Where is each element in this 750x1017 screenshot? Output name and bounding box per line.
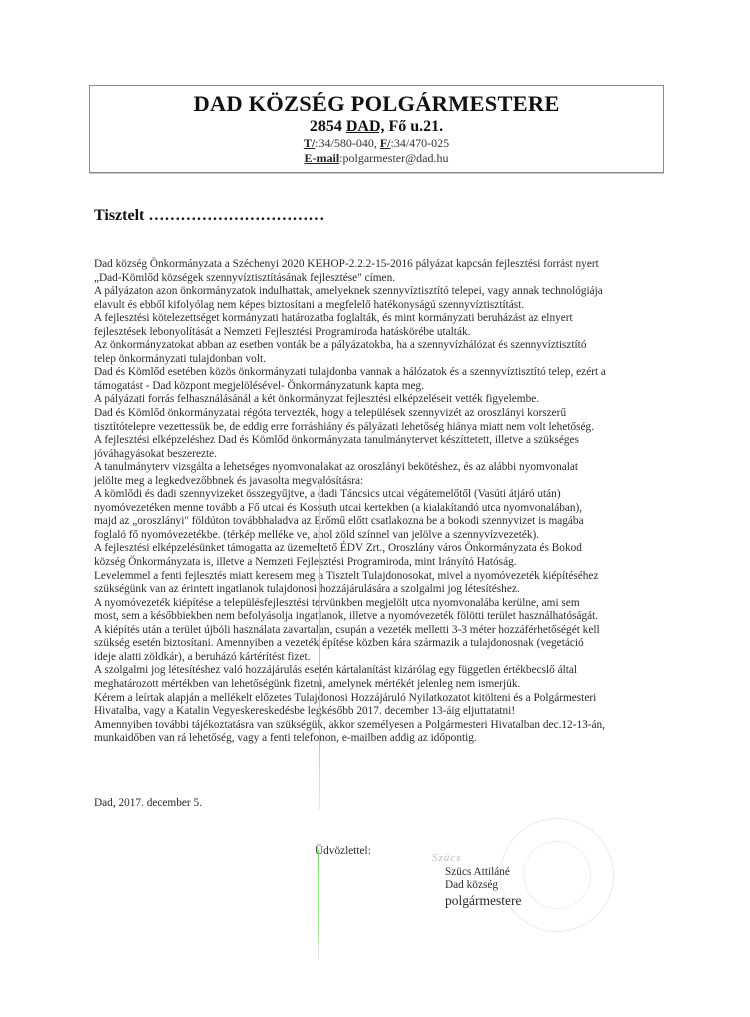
body-line: Kérem a leírtak alapján a mellékelt előz… [94,692,674,706]
handwritten-signature: Szücs [432,852,461,864]
body-line: foglaló fő nyomóvezetékbe. (térkép mellé… [94,529,674,543]
body-line: község Önkormányzata is, illetve a Nemze… [94,556,674,570]
body-line: A pályázati forrás felhasználásánál a ké… [94,393,674,407]
body-line: szükség esetén biztosítani. Amennyiben a… [94,637,674,651]
body-line: telep önkormányzati tulajdonban volt. [94,353,674,367]
salutation: Tisztelt …………………………… [94,207,324,225]
signer-office: Dad község [445,879,521,892]
body-line: fejlesztések lebonyolítását a Nemzeti Fe… [94,326,674,340]
body-line: A tanulmányterv vizsgálta a lehetséges n… [94,461,674,475]
scan-artifact-line [319,480,320,810]
scan-artifact-line [318,850,319,960]
body-line: A fejlesztési elképzelésünket támogatta … [94,542,674,556]
letterhead-address: 2854 DAD, Fő u.21. [90,117,663,136]
body-line: ideje alatti zöldkár), a beruházó kártér… [94,651,674,665]
email-label: E-mail [304,151,339,165]
body-line: A szolgalmi jog létesítéshez való hozzáj… [94,664,674,678]
body-line: nyomóvezetéken menne tovább a Fő utcai é… [94,502,674,516]
body-line: Amennyiben további tájékoztatásra van sz… [94,719,674,733]
body-line: A kömlődi és dadi szennyvizeket összegyű… [94,488,674,502]
letterhead-title: DAD KÖZSÉG POLGÁRMESTERE [90,91,663,117]
body-line: meghatározott mértékben van lehetőségünk… [94,678,674,692]
body-line: támogatást - Dad központ megjelölésével-… [94,380,674,394]
email-address: :polgarmester@dad.hu [339,151,448,165]
body-line: „Dad-Kömlőd községek szennyvíztisztításá… [94,272,674,286]
fax-label: F/ [380,136,391,150]
letter-body: Dad község Önkormányzata a Széchenyi 202… [94,258,674,746]
body-line: munkaidőben van rá lehetőség, vagy a fen… [94,732,674,746]
body-line: Hivatalba, vagy a Katalin Vegyeskeresked… [94,705,674,719]
body-line: jelölte meg a legkedvezőbbnek és javasol… [94,475,674,489]
signer-role: polgármestere [445,892,521,909]
body-line: Dad és Kömlőd önkormányzatai régóta terv… [94,407,674,421]
body-line: Levelemmel a fenti fejlesztés miatt kere… [94,570,674,584]
body-line: elavult és ebből kifolyólag nem képes bi… [94,299,674,313]
letterhead: DAD KÖZSÉG POLGÁRMESTERE 2854 DAD, Fő u.… [89,85,664,173]
postal-code: 2854 [310,118,342,135]
letterhead-email: E-mail:polgarmester@dad.hu [90,151,663,166]
phone-number: :34/580-040, [315,136,380,150]
town: DAD, [346,118,385,135]
body-line: A fejlesztési elképzeléshez Dad és Kömlő… [94,434,674,448]
fax-number: :34/470-025 [391,136,450,150]
body-line: Dad község Önkormányzata a Széchenyi 202… [94,258,674,272]
body-line: A pályázaton azon önkormányzatok indulha… [94,285,674,299]
body-line: Dad és Kömlőd esetében közös önkormányza… [94,366,674,380]
body-line: majd az „oroszlányi" földúton továbbhala… [94,515,674,529]
letterhead-contact: T/:34/580-040, F/:34/470-025 [90,136,663,151]
body-line: A nyomóvezeték kiépítése a településfejl… [94,597,674,611]
body-line: A fejlesztési kötelezettséget kormányzat… [94,312,674,326]
body-line: A kiépítés után a terület újbóli használ… [94,624,674,638]
body-line: jóváhagyásokat beszerezte. [94,448,674,462]
letter-date: Dad, 2017. december 5. [94,797,202,809]
body-line: most, sem a későbbiekben nem befolyásolj… [94,610,674,624]
body-line: tisztítótelepre vezettessük be, de eddig… [94,421,674,435]
street: Fő u.21. [389,118,444,135]
closing-greeting: Üdvözlettel: [315,845,371,857]
body-line: szükségünk van az érintett ingatlanok tu… [94,583,674,597]
body-line: Az önkormányzatokat abban az esetben von… [94,339,674,353]
signer-block: Szücs Attiláné Dad község polgármestere [445,866,521,909]
phone-label: T/ [304,136,315,150]
signer-name: Szücs Attiláné [445,866,521,879]
